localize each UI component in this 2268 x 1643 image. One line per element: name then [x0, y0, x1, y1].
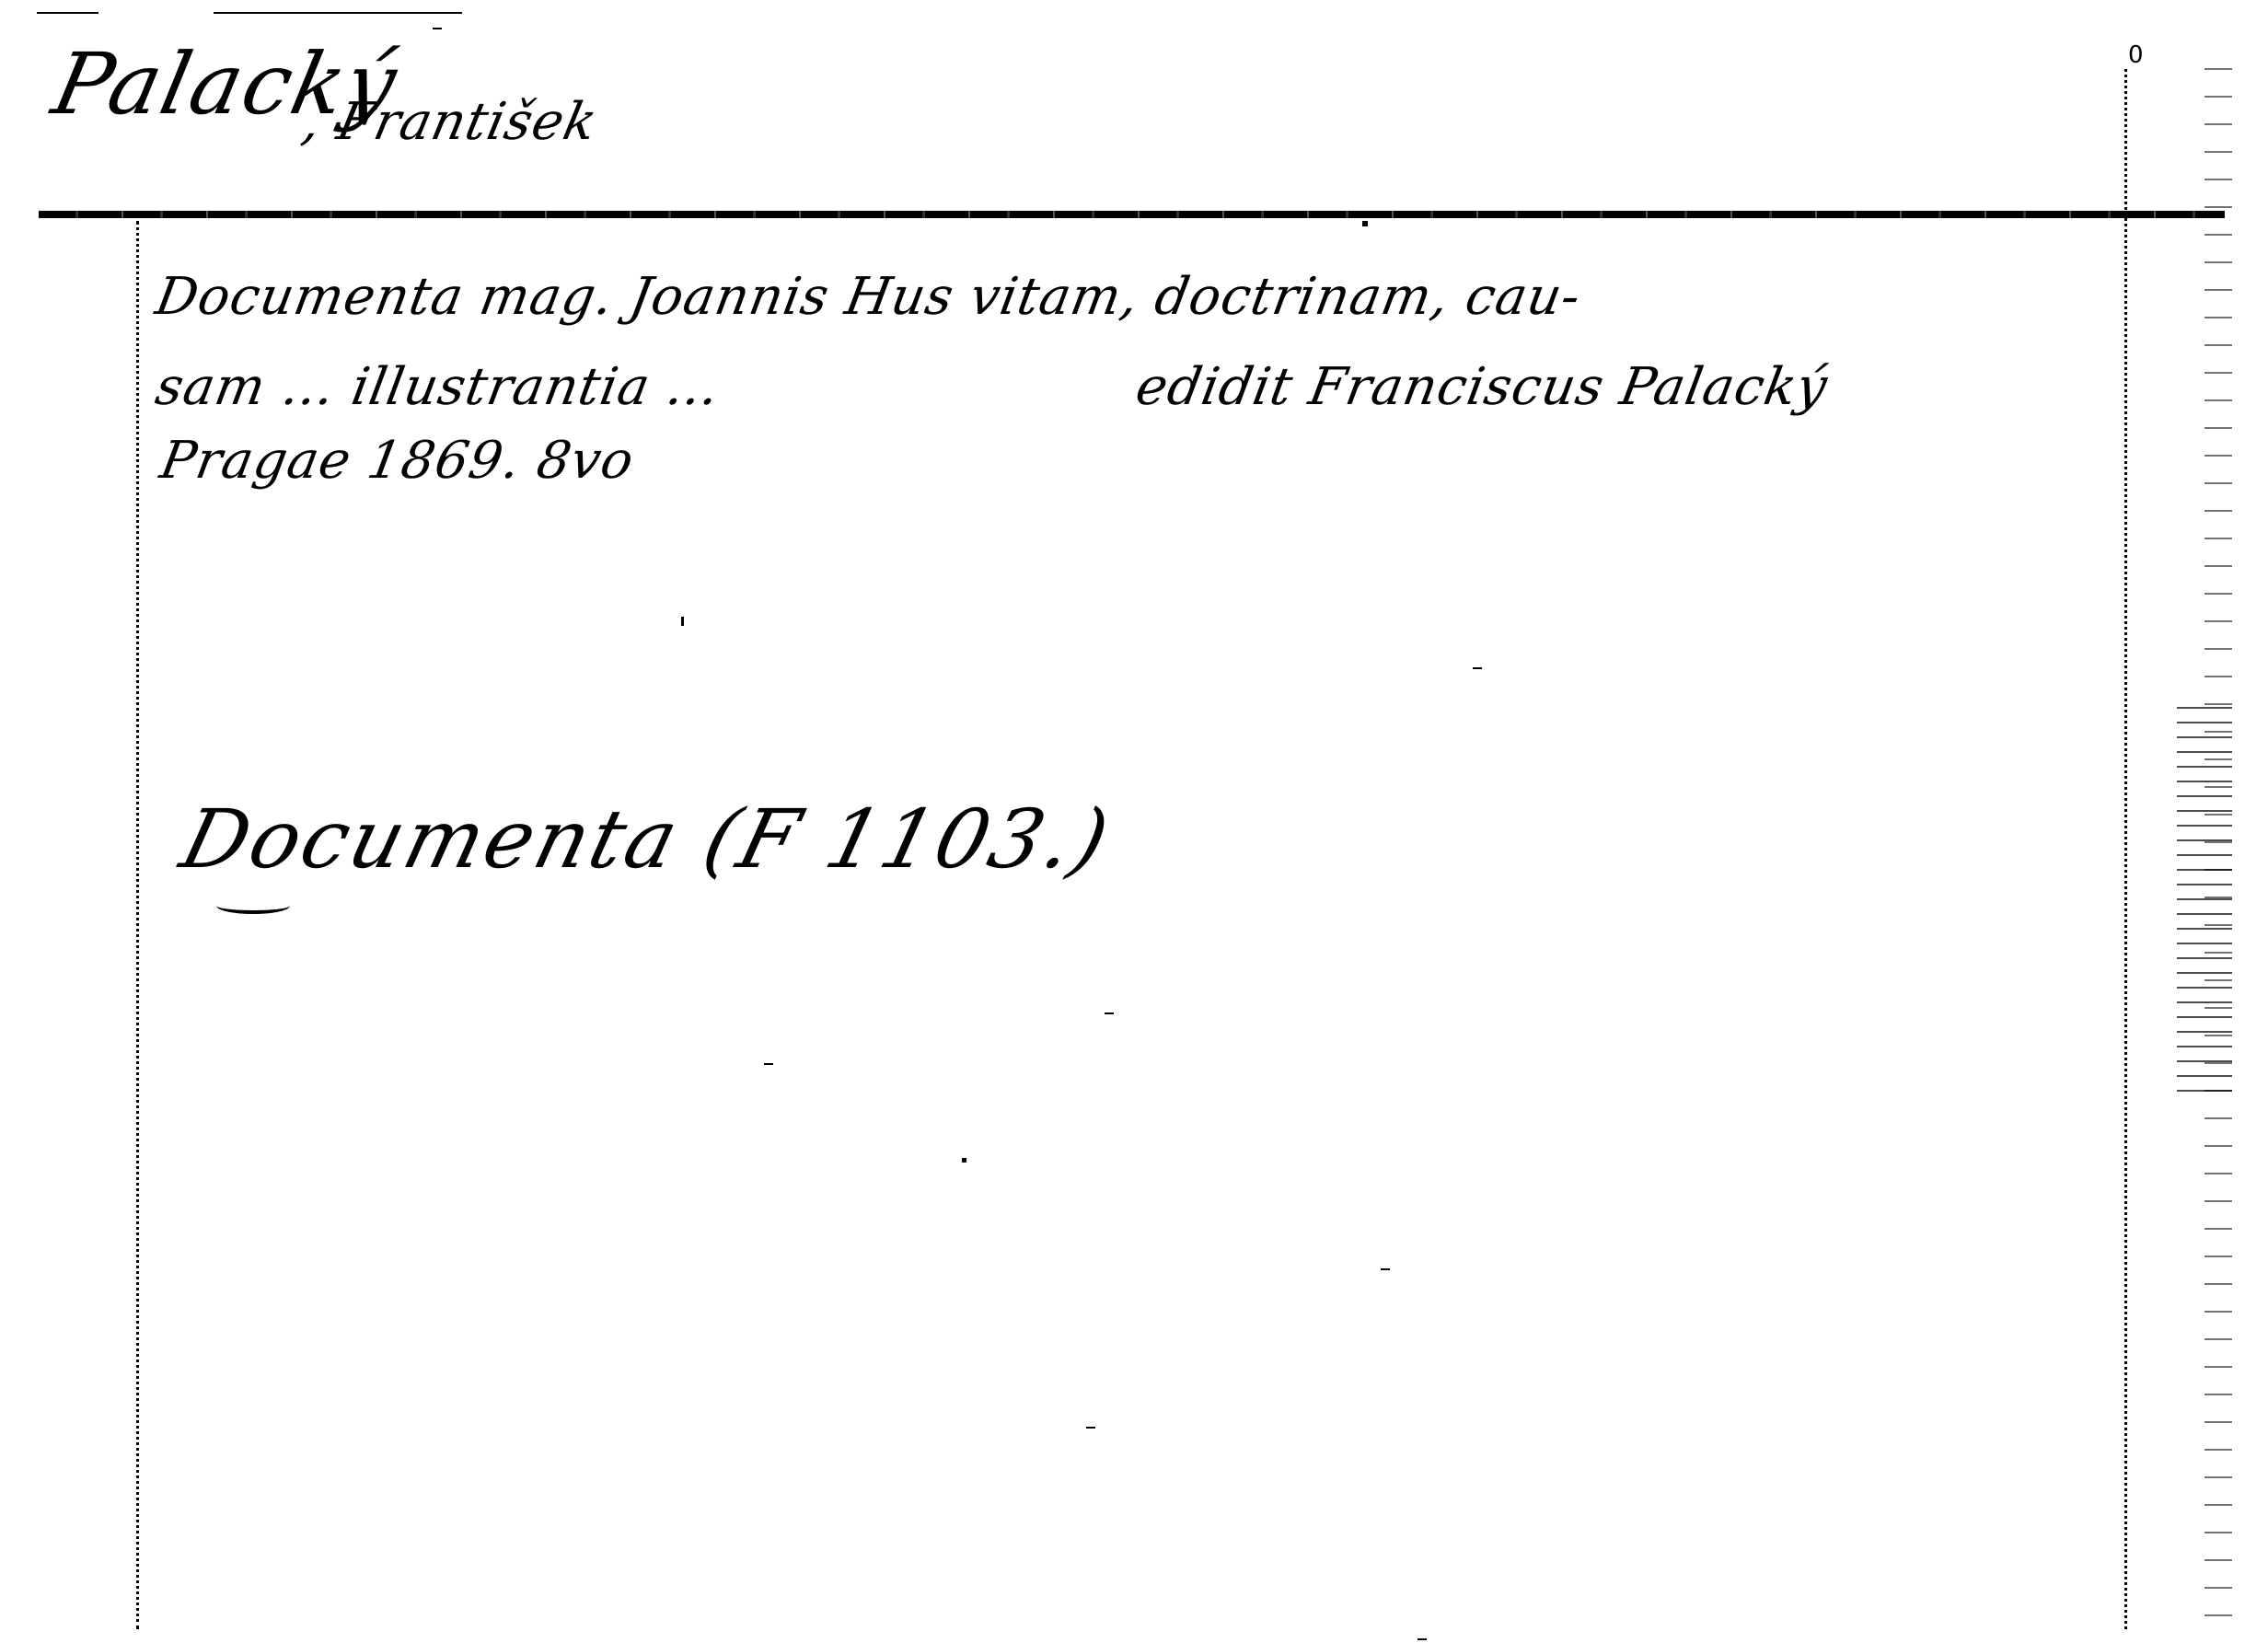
scan-speck: [1381, 1268, 1390, 1270]
shelfmark-call-number: (F 1103.): [695, 792, 1120, 886]
entry-line-2: sam … illustrantia …: [151, 357, 724, 417]
right-margin-line: [2124, 69, 2127, 1629]
entry-line-1: Documenta mag. Joannis Hus vitam, doctri…: [151, 267, 1585, 327]
entry-editor-statement: edidit Franciscus Palacký: [1131, 357, 1832, 417]
scan-speck: [433, 28, 442, 29]
scan-edge-marks-dense: [2177, 700, 2232, 1105]
shelfmark: Documenta (F 1103.): [172, 792, 1120, 886]
entry-imprint: Pragae 1869. 8vo: [156, 431, 639, 491]
scan-speck: [1473, 667, 1482, 669]
heading-given-name: , František: [297, 92, 603, 152]
scan-speck: [1417, 1638, 1427, 1640]
scan-speck: [1086, 1427, 1095, 1429]
scan-speck: [681, 617, 684, 626]
catalog-card: Palacký , František 0 Documenta mag. Joa…: [0, 0, 2268, 1643]
heading-given-name-text: František: [332, 92, 603, 152]
top-edge-rule: [214, 12, 462, 14]
scan-speck: [1105, 1012, 1114, 1014]
scan-speck: [1362, 221, 1368, 226]
top-edge-rule: [37, 12, 98, 14]
shelfmark-flourish: [216, 897, 290, 914]
scan-speck: [962, 1158, 966, 1163]
shelfmark-label: Documenta: [172, 792, 689, 886]
corner-mark: 0: [2128, 41, 2144, 69]
left-margin-line: [136, 221, 139, 1629]
header-divider: [39, 211, 2225, 218]
scan-speck: [764, 1063, 773, 1065]
